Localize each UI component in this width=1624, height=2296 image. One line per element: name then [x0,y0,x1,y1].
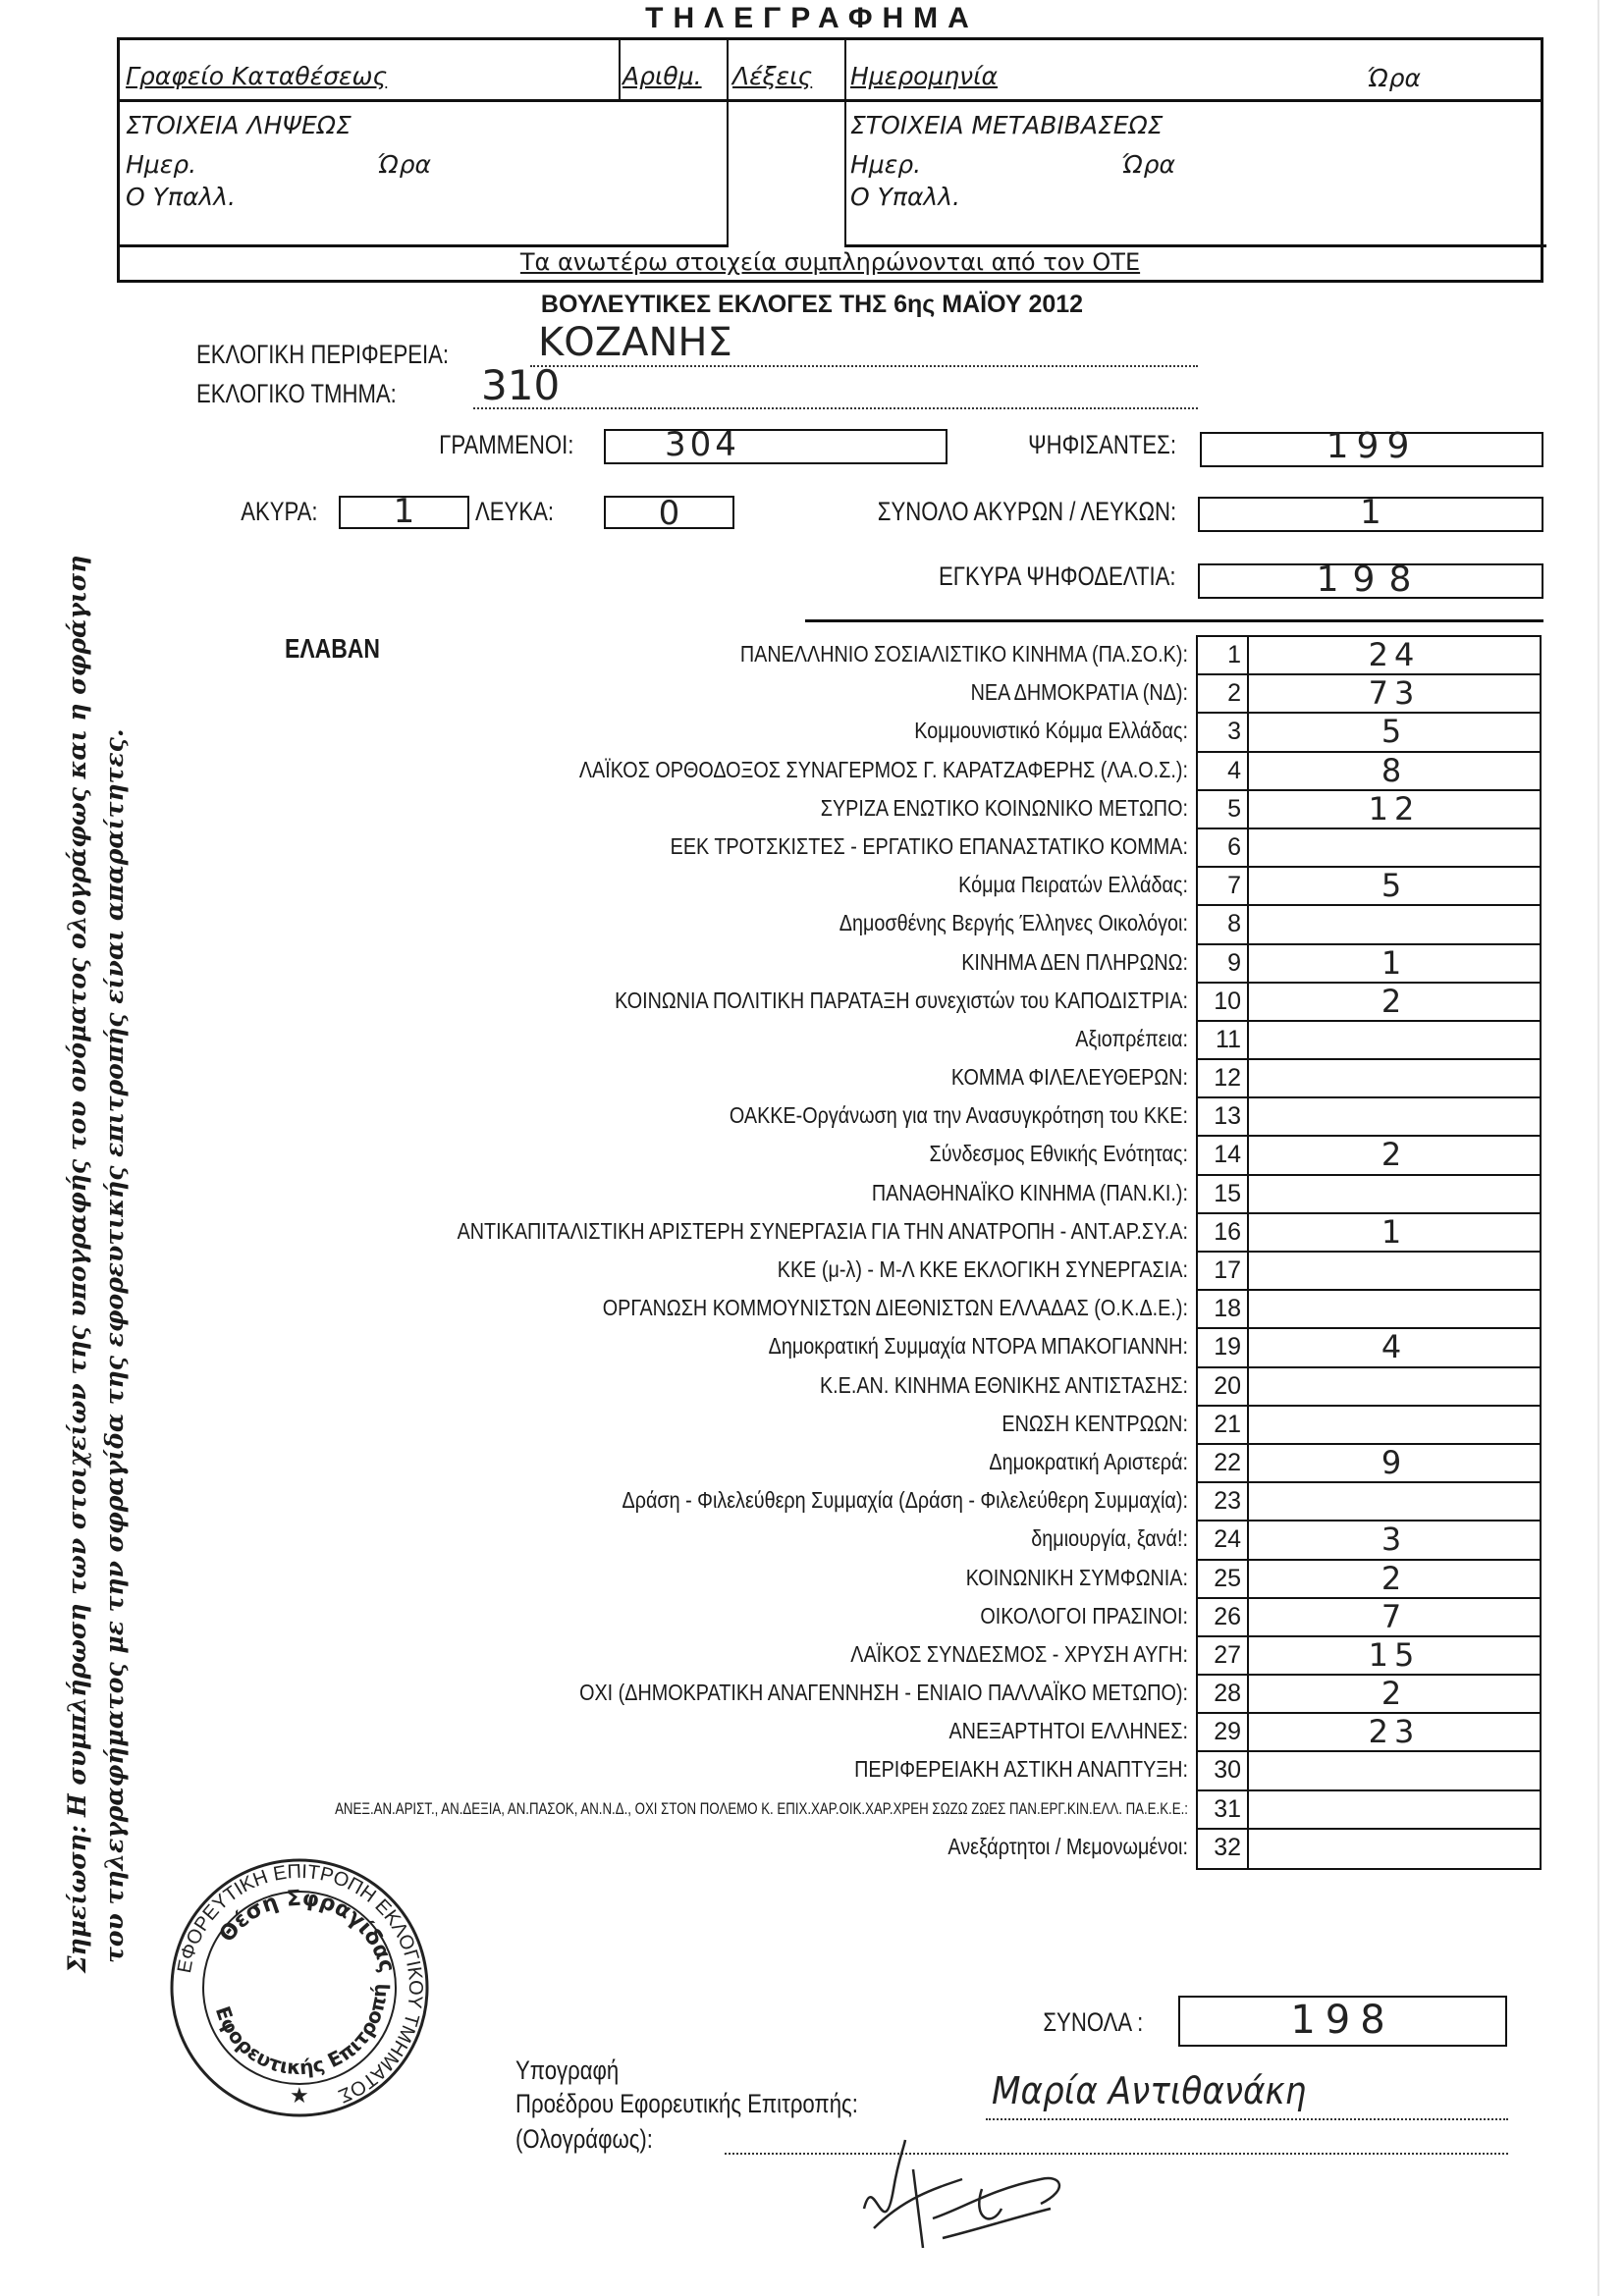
party-number: 2 [1198,675,1249,712]
invalid-value: 1 [341,492,467,531]
table-row: 2715 [1198,1637,1540,1676]
party-name: ΚΚΕ (μ-λ) - Μ-Λ ΚΚΕ ΕΚΛΟΓΙΚΗ ΣΥΝΕΡΓΑΣΙΑ: [247,1251,1188,1289]
party-number: 15 [1198,1176,1249,1212]
voted-value: 199 [1202,426,1542,466]
signature-line3: (Ολογράφως): [515,2124,653,2155]
party-number: 11 [1198,1022,1249,1058]
signature-line1: Υπογραφή [515,2056,619,2086]
party-name: ΟΧΙ (ΔΗΜΟΚΡΑΤΙΚΗ ΑΝΑΓΕΝΝΗΣΗ - ΕΝΙΑΙΟ ΠΑΛ… [247,1674,1188,1712]
party-votes[interactable]: 3 [1249,1522,1540,1558]
party-votes[interactable]: 1 [1249,1214,1540,1251]
invalid-label: ΑΚΥΡΑ: [242,497,318,527]
blank-label: ΛΕΥΚΑ: [475,497,554,527]
party-votes[interactable] [1249,1368,1540,1405]
signature-line2: Προέδρου Εφορευτικής Επιτροπής: [515,2089,858,2119]
table-row: 252 [1198,1561,1540,1599]
party-votes[interactable]: 2 [1249,984,1540,1020]
party-number: 8 [1198,906,1249,942]
party-votes[interactable] [1249,1791,1540,1828]
ote-header-box: Γραφείο Καταθέσεως Αριθμ. Λέξεις Ημερομη… [117,37,1543,283]
total-field[interactable]: 198 [1178,1996,1507,2047]
total-value: 198 [1180,1998,1505,2043]
party-number: 18 [1198,1291,1249,1327]
party-name: ΟΑΚΚΕ-Οργάνωση για την Ανασυγκρότηση του… [247,1096,1188,1135]
party-name: ΠΑΝΕΛΛΗΝΙΟ ΣΟΣΙΑΛΙΣΤΙΚΟ ΚΙΝΗΜΑ (ΠΑ.ΣΟ.Κ)… [247,635,1188,673]
table-row: 31 [1198,1791,1540,1830]
party-name: ΠΕΡΙΦΕΡΕΙΑΚΗ ΑΣΤΙΚΗ ΑΝΑΠΤΥΞΗ: [247,1750,1188,1789]
scan-edge [1597,0,1599,2296]
party-votes[interactable]: 15 [1249,1637,1540,1674]
party-name: ΑΝΕΞΑΡΤΗΤΟΙ ΕΛΛΗΝΕΣ: [247,1712,1188,1750]
number-label: Αριθμ. [623,62,702,90]
side-note-line2: του τηλεγραφήματος με την σφραγίδα της ε… [100,728,129,1963]
party-number: 26 [1198,1599,1249,1635]
party-name: ΣΥΡΙΖΑ ΕΝΩΤΙΚΟ ΚΟΙΝΩΝΙΚΟ ΜΕΤΩΠΟ: [247,789,1188,828]
table-row: 142 [1198,1137,1540,1175]
transmission-time-label: Ώρα [1121,150,1175,179]
party-name: ΛΑΪΚΟΣ ΣΥΝΔΕΣΜΟΣ - ΧΡΥΣΗ ΑΥΓΗ: [247,1635,1188,1674]
party-number: 31 [1198,1791,1249,1828]
party-votes[interactable]: 7 [1249,1599,1540,1635]
party-number: 32 [1198,1830,1249,1868]
office-label: Γραφείο Καταθέσεως [126,62,387,90]
table-row: 30 [1198,1752,1540,1790]
table-row: 2923 [1198,1714,1540,1752]
party-number: 1 [1198,637,1249,673]
star-icon: ★ [290,2083,309,2108]
section-divider [805,619,1543,622]
party-votes[interactable] [1249,1291,1540,1327]
side-note: Σημείωση: Η συμπλήρωση των στοιχείων της… [59,579,134,1973]
chair-name-value: Μαρία Αντιθανάκη [992,2069,1306,2112]
invalid-blank-total-label: ΣΥΝΟΛΟ ΑΚΥΡΩΝ / ΛΕΥΚΩΝ: [878,497,1176,527]
party-name: ΚΟΙΝΩΝΙΑ ΠΟΛΙΤΙΚΗ ΠΑΡΑΤΑΞΗ συνεχιστών το… [247,982,1188,1020]
table-row: 23 [1198,1483,1540,1522]
party-number: 29 [1198,1714,1249,1750]
party-votes[interactable]: 23 [1249,1714,1540,1750]
table-row: 15 [1198,1176,1540,1214]
voted-field[interactable]: 199 [1200,432,1543,467]
party-votes[interactable]: 9 [1249,1445,1540,1481]
party-name: Δημοκρατική Συμμαχία ΝΤΟΡΑ ΜΠΑΚΟΓΙΑΝΝΗ: [247,1327,1188,1365]
party-name: ΑΝΕΞ.ΑΝ.ΑΡΙΣΤ., ΑΝ.ΔΕΞΙΑ, ΑΝ.ΠΑΣΟΚ, ΑΝ.Ν… [335,1789,1188,1828]
party-votes[interactable] [1249,1483,1540,1520]
region-value: ΚΟΖΑΝΗΣ [538,320,732,365]
chair-name-field[interactable] [986,2118,1508,2120]
table-row: 273 [1198,675,1540,714]
party-votes[interactable] [1249,1176,1540,1212]
invalid-blank-total-value: 1 [1200,493,1542,532]
party-votes[interactable]: 12 [1249,791,1540,828]
table-row: 11 [1198,1022,1540,1060]
table-row: 18 [1198,1291,1540,1329]
party-votes[interactable]: 5 [1249,868,1540,904]
party-votes[interactable] [1249,906,1540,942]
party-votes[interactable] [1249,1022,1540,1058]
party-number: 5 [1198,791,1249,828]
receipt-time-label: Ώρα [377,150,431,179]
party-number: 28 [1198,1676,1249,1712]
date-label: Ημερομηνία [850,62,998,90]
party-votes[interactable]: 8 [1249,753,1540,789]
party-number: 23 [1198,1483,1249,1520]
voted-label: ΨΗΦΙΣΑΝΤΕΣ: [1028,430,1176,460]
party-name: ΕΕΚ ΤΡΟΤΣΚΙΣΤΕΣ - ΕΡΓΑΤΙΚΟ ΕΠΑΝΑΣΤΑΤΙΚΟ … [247,828,1188,866]
section-field[interactable] [473,407,1198,409]
region-label: ΕΚΛΟΓΙΚΗ ΠΕΡΙΦΕΡΕΙΑ: [196,340,449,370]
party-votes[interactable]: 4 [1249,1329,1540,1365]
table-row: 124 [1198,637,1540,675]
party-number: 10 [1198,984,1249,1020]
blank-field[interactable]: 0 [604,496,734,529]
document-title: ΤΗΛΕΓΡΑΦΗΜΑ [0,2,1624,35]
region-field[interactable] [530,365,1198,367]
party-name: ΟΡΓΑΝΩΣΗ ΚΟΜΜΟΥΝΙΣΤΩΝ ΔΙΕΘΝΙΣΤΩΝ ΕΛΛΑΔΑΣ… [247,1289,1188,1327]
time-label: Ώρα [1367,64,1421,92]
total-label: ΣΥΝΟΛΑ : [1043,2007,1143,2038]
party-number: 4 [1198,753,1249,789]
election-title: ΒΟΥΛΕΥΤΙΚΕΣ ΕΚΛΟΓΕΣ ΤΗΣ 6ης ΜΑΪΟΥ 2012 [0,291,1624,319]
receipt-date-label: Ημερ. [126,150,196,179]
party-name: ΝΕΑ ΔΗΜΟΚΡΑΤΙΑ (ΝΔ): [247,673,1188,712]
party-name: ΚΙΝΗΜΑ ΔΕΝ ΠΛΗΡΩΝΩ: [247,943,1188,982]
table-row: 102 [1198,984,1540,1022]
party-number: 12 [1198,1060,1249,1096]
registered-field[interactable]: 304 [604,429,947,464]
registered-value: 304 [665,425,740,464]
results-table: 1242733548512675891102111213142151611718… [1196,635,1542,1870]
table-row: 6 [1198,829,1540,868]
party-name: ΚΟΙΝΩΝΙΚΗ ΣΥΜΦΩΝΙΑ: [247,1559,1188,1597]
party-name: ΚΟΜΜΑ ΦΙΛΕΛΕΥΘΕΡΩΝ: [247,1058,1188,1096]
words-label: Λέξεις [732,62,812,90]
party-votes[interactable] [1249,1098,1540,1135]
transmission-clerk-label: Ο Υπαλλ. [850,183,960,211]
table-row: 32 [1198,1830,1540,1868]
party-number: 17 [1198,1253,1249,1289]
valid-value: 198 [1200,560,1542,600]
table-row: 512 [1198,791,1540,829]
party-name: Κόμμα Πειρατών Ελλάδας: [247,866,1188,904]
invalid-field[interactable]: 1 [339,496,469,529]
blank-value: 0 [606,494,732,533]
invalid-blank-total-field[interactable]: 1 [1198,497,1543,532]
table-row: 35 [1198,714,1540,752]
party-number: 25 [1198,1561,1249,1597]
ote-footer-note: Τα ανωτέρω στοιχεία συμπληρώνονται από τ… [120,248,1541,276]
party-number: 22 [1198,1445,1249,1481]
party-number: 6 [1198,829,1249,866]
side-note-line1: Η συμπλήρωση των στοιχείων της υπογραφής… [63,556,91,1817]
party-number: 14 [1198,1137,1249,1173]
receipt-clerk-label: Ο Υπαλλ. [126,183,236,211]
section-value: 310 [481,361,560,409]
party-votes[interactable] [1249,1407,1540,1443]
valid-field[interactable]: 198 [1198,563,1543,599]
party-number: 7 [1198,868,1249,904]
party-number: 24 [1198,1522,1249,1558]
table-row: 20 [1198,1368,1540,1407]
party-name: δημιουργία, ξανά!: [247,1520,1188,1558]
table-row: 13 [1198,1098,1540,1137]
side-note-prefix: Σημείωση: [63,1825,91,1973]
party-votes[interactable] [1249,1253,1540,1289]
party-votes[interactable]: 1 [1249,945,1540,982]
table-row: 17 [1198,1253,1540,1291]
party-votes[interactable]: 73 [1249,675,1540,712]
table-row: 267 [1198,1599,1540,1637]
table-row: 8 [1198,906,1540,944]
party-number: 16 [1198,1214,1249,1251]
party-number: 27 [1198,1637,1249,1674]
table-row: 12 [1198,1060,1540,1098]
table-row: 48 [1198,753,1540,791]
party-number: 30 [1198,1752,1249,1789]
party-number: 21 [1198,1407,1249,1443]
valid-label: ΕΓΚΥΡΑ ΨΗΦΟΔΕΛΤΙΑ: [939,561,1176,592]
table-row: 161 [1198,1214,1540,1253]
party-name: ΛΑΪΚΟΣ ΟΡΘΟΔΟΞΟΣ ΣΥΝΑΓΕΡΜΟΣ Γ. ΚΑΡΑΤΖΑΦΕ… [247,751,1188,789]
party-name: Δράση - Φιλελεύθερη Συμμαχία (Δράση - Φι… [247,1481,1188,1520]
section-label: ΕΚΛΟΓΙΚΟ ΤΜΗΜΑ: [196,379,397,409]
party-name: Κομμουνιστικό Κόμμα Ελλάδας: [247,712,1188,750]
transmission-heading: ΣΤΟΙΧΕΙΑ ΜΕΤΑΒΙΒΑΣΕΩΣ [850,111,1163,139]
party-votes[interactable] [1249,1060,1540,1096]
party-votes[interactable]: 24 [1249,637,1540,673]
table-row: 282 [1198,1676,1540,1714]
party-votes[interactable]: 2 [1249,1561,1540,1597]
table-row: 194 [1198,1329,1540,1367]
party-number: 20 [1198,1368,1249,1405]
table-row: 229 [1198,1445,1540,1483]
party-votes[interactable] [1249,829,1540,866]
party-name: ΟΙΚΟΛΟΓΟΙ ΠΡΑΣΙΝΟΙ: [247,1597,1188,1635]
party-name: Σύνδεσμος Εθνικής Ενότητας: [247,1135,1188,1173]
party-name: Δημοκρατική Αριστερά: [247,1443,1188,1481]
party-votes[interactable]: 2 [1249,1676,1540,1712]
table-row: 243 [1198,1522,1540,1560]
party-name: Αξιοπρέπεια: [247,1020,1188,1058]
party-name: ΕΝΩΣΗ ΚΕΝΤΡΩΩΝ: [247,1405,1188,1443]
party-name: Δημοσθένης Βεργής Έλληνες Οικολόγοι: [247,904,1188,942]
party-number: 13 [1198,1098,1249,1135]
receipt-heading: ΣΤΟΙΧΕΙΑ ΛΗΨΕΩΣ [126,111,352,139]
table-row: 75 [1198,868,1540,906]
registered-label: ΓΡΑΜΜΕΝΟΙ: [439,430,573,460]
party-name: ΠΑΝΑΘΗΝΑΪΚΟ ΚΙΝΗΜΑ (ΠΑΝ.ΚΙ.): [247,1174,1188,1212]
table-row: 21 [1198,1407,1540,1445]
table-row: 91 [1198,945,1540,984]
party-name: Κ.Ε.ΑΝ. ΚΙΝΗΜΑ ΕΘΝΙΚΗΣ ΑΝΤΙΣΤΑΣΗΣ: [247,1366,1188,1405]
party-votes[interactable] [1249,1830,1540,1868]
party-number: 19 [1198,1329,1249,1365]
official-stamp: ΕΦΟΡΕΥΤΙΚΗ ΕΠΙΤΡΟΠΗ ΕΚΛΟΓΙΚΟΥ ΤΜΗΜΑΤΟΣ Θ… [167,1855,432,2120]
party-votes[interactable] [1249,1752,1540,1789]
party-labels: ΠΑΝΕΛΛΗΝΙΟ ΣΟΣΙΑΛΙΣΤΙΚΟ ΚΙΝΗΜΑ (ΠΑ.ΣΟ.Κ)… [94,635,1188,1866]
party-number: 3 [1198,714,1249,750]
signature-scribble [844,2130,1159,2268]
party-name: ΑΝΤΙΚΑΠΙΤΑΛΙΣΤΙΚΗ ΑΡΙΣΤΕΡΗ ΣΥΝΕΡΓΑΣΙΑ ΓΙ… [247,1212,1188,1251]
party-votes[interactable]: 5 [1249,714,1540,750]
party-votes[interactable]: 2 [1249,1137,1540,1173]
party-number: 9 [1198,945,1249,982]
transmission-date-label: Ημερ. [850,150,921,179]
